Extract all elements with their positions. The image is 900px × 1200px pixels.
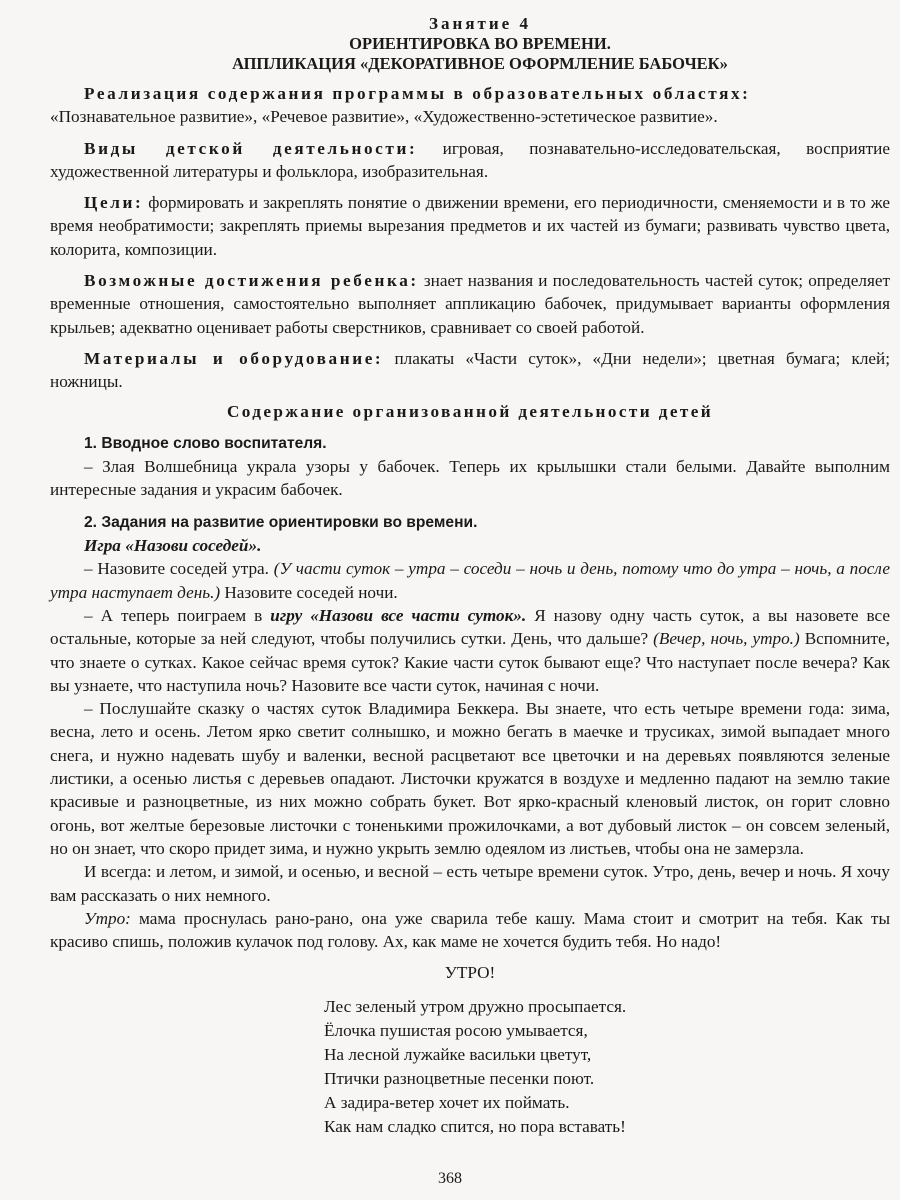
fairy-tale-paragraph: – Послушайте сказку о частях суток Влади… — [50, 697, 890, 860]
achievements-paragraph: Возможные достижения ребенка: знает назв… — [50, 269, 890, 339]
neighbors-paragraph: – Назовите соседей утра. (У части суток … — [50, 557, 890, 604]
poem: Лес зеленый утром дружно просыпается. Ёл… — [324, 995, 890, 1139]
title-block: Занятие 4 ОРИЕНТИРОВКА ВО ВРЕМЕНИ. АППЛИ… — [70, 14, 890, 74]
all-parts-intro: – А теперь поиграем в — [84, 606, 270, 625]
poem-line: Птички разноцветные песенки поют. — [324, 1067, 890, 1091]
morning-label: Утро: — [84, 909, 131, 928]
page-number: 368 — [0, 1170, 900, 1188]
neighbors-question-2: Назовите соседей ночи. — [220, 583, 398, 602]
all-parts-answer: (Вечер, ночь, утро.) — [653, 629, 800, 648]
materials-label: Материалы и оборудование: — [84, 349, 383, 368]
step1-title: 1. Вводное слово воспитателя. — [84, 435, 327, 452]
poem-line: Как нам сладко спится, но пора вставать! — [324, 1115, 890, 1139]
step1-text: – Злая Волшебница украла узоры у бабочек… — [50, 455, 890, 502]
document-page: Занятие 4 ОРИЕНТИРОВКА ВО ВРЕМЕНИ. АППЛИ… — [50, 14, 890, 1139]
activities-paragraph: Виды детской деятельности: игровая, позн… — [50, 137, 890, 184]
activities-label: Виды детской деятельности: — [84, 139, 417, 158]
all-parts-paragraph: – А теперь поиграем в игру «Назови все ч… — [50, 604, 890, 697]
four-times-paragraph: И всегда: и летом, и зимой, и осенью, и … — [50, 860, 890, 907]
morning-text: мама проснулась рано-рано, она уже свари… — [50, 909, 890, 951]
goals-text: формировать и закреплять понятие о движе… — [50, 193, 890, 259]
lesson-title-line-2: АППЛИКАЦИЯ «ДЕКОРАТИВНОЕ ОФОРМЛЕНИЕ БАБО… — [70, 54, 890, 74]
achievements-label: Возможные достижения ребенка: — [84, 271, 419, 290]
materials-paragraph: Материалы и оборудование: плакаты «Части… — [50, 347, 890, 394]
step1-title-paragraph: 1. Вводное слово воспитателя. — [50, 431, 890, 455]
step2-title-paragraph: 2. Задания на развитие ориентировки во в… — [50, 510, 890, 534]
goals-paragraph: Цели: формировать и закреплять понятие о… — [50, 191, 890, 261]
poem-line: Лес зеленый утром дружно просыпается. — [324, 995, 890, 1019]
content-heading: Содержание организованной деятельности д… — [50, 400, 890, 423]
realization-paragraph: Реализация содержания программы в образо… — [50, 82, 890, 105]
poem-line: А задира-ветер хочет их поймать. — [324, 1091, 890, 1115]
poem-line: Ёлочка пушистая росою умывается, — [324, 1019, 890, 1043]
lesson-number: Занятие 4 — [70, 14, 890, 34]
goals-label: Цели: — [84, 193, 143, 212]
all-parts-game-title: игру «Назови все части суток». — [270, 606, 526, 625]
realization-label: Реализация содержания программы в образо… — [84, 84, 751, 103]
neighbors-question: – Назовите соседей утра. — [84, 559, 274, 578]
lesson-title-line-1: ОРИЕНТИРОВКА ВО ВРЕМЕНИ. — [70, 34, 890, 54]
step2-title: 2. Задания на развитие ориентировки во в… — [84, 514, 477, 531]
game1-title-paragraph: Игра «Назови соседей». — [50, 534, 890, 557]
morning-paragraph: Утро: мама проснулась рано-рано, она уже… — [50, 907, 890, 954]
game1-title: Игра «Назови соседей». — [84, 536, 261, 555]
poem-line: На лесной лужайке васильки цветут, — [324, 1043, 890, 1067]
realization-text: «Познавательное развитие», «Речевое разв… — [50, 105, 890, 128]
poem-title: УТРО! — [50, 961, 890, 984]
